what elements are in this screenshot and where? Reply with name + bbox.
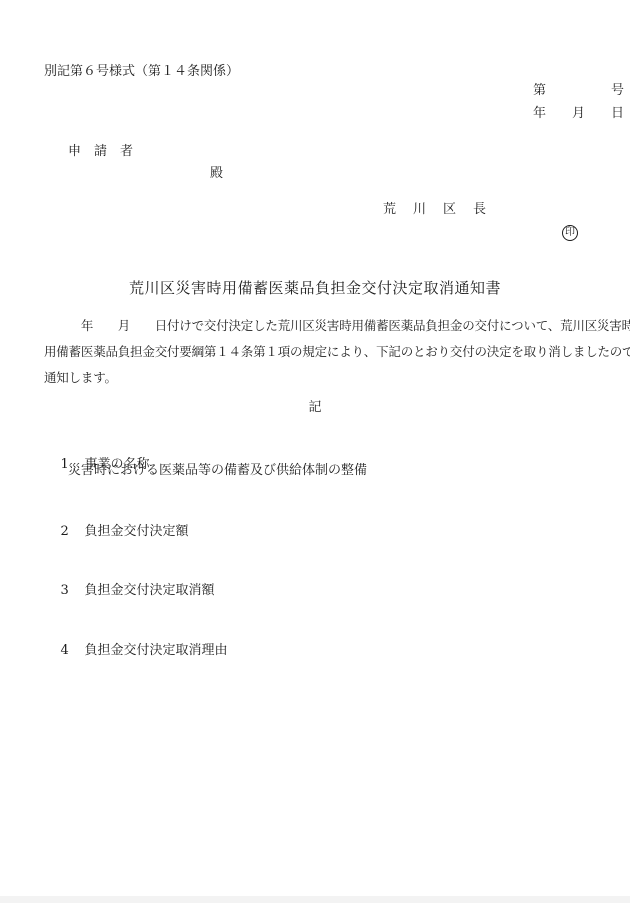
document-number-line: 第 号	[533, 82, 624, 100]
list-item-3: 3負担金交付決定取消額	[44, 564, 215, 618]
applicant-label: 申 請 者	[68, 143, 133, 161]
document-page: 別記第６号様式（第１４条関係） 第 号 年 月 日 申 請 者 殿 荒 川 区 …	[0, 0, 630, 903]
body-paragraph: 年 月 日付けで交付決定した荒川区災害時用備蓄医薬品負担金の交付について、荒川区…	[44, 313, 624, 391]
item-label: 負担金交付決定取消額	[85, 583, 215, 598]
record-marker: 記	[0, 396, 630, 415]
item-number: 4	[61, 642, 85, 660]
page-bottom-edge	[0, 896, 630, 903]
body-line: 通知します。	[44, 365, 624, 391]
list-item-4: 4負担金交付決定取消理由	[44, 624, 228, 678]
list-item-1-detail: 災害時における医薬品等の備蓄及び供給体制の整備	[68, 462, 367, 480]
seal-icon: 印	[562, 225, 578, 241]
body-line: 年 月 日付けで交付決定した荒川区災害時用備蓄医薬品負担金の交付について、荒川区…	[44, 313, 624, 339]
issuer-name: 荒 川 区 長	[383, 201, 488, 219]
addressee-honorific: 殿	[210, 165, 223, 183]
item-label: 負担金交付決定取消理由	[85, 643, 228, 658]
body-line: 用備蓄医薬品負担金交付要綱第１４条第１項の規定により、下記のとおり交付の決定を取…	[44, 339, 624, 365]
list-item-2: 2負担金交付決定額	[44, 505, 189, 559]
date-line: 年 月 日	[533, 105, 624, 123]
document-title: 荒川区災害時用備蓄医薬品負担金交付決定取消通知書	[0, 277, 630, 298]
item-number: 2	[61, 523, 85, 541]
seal-mark: 印	[562, 220, 578, 241]
item-label: 負担金交付決定額	[85, 524, 189, 539]
item-number: 3	[61, 582, 85, 600]
form-reference: 別記第６号様式（第１４条関係）	[44, 63, 239, 81]
